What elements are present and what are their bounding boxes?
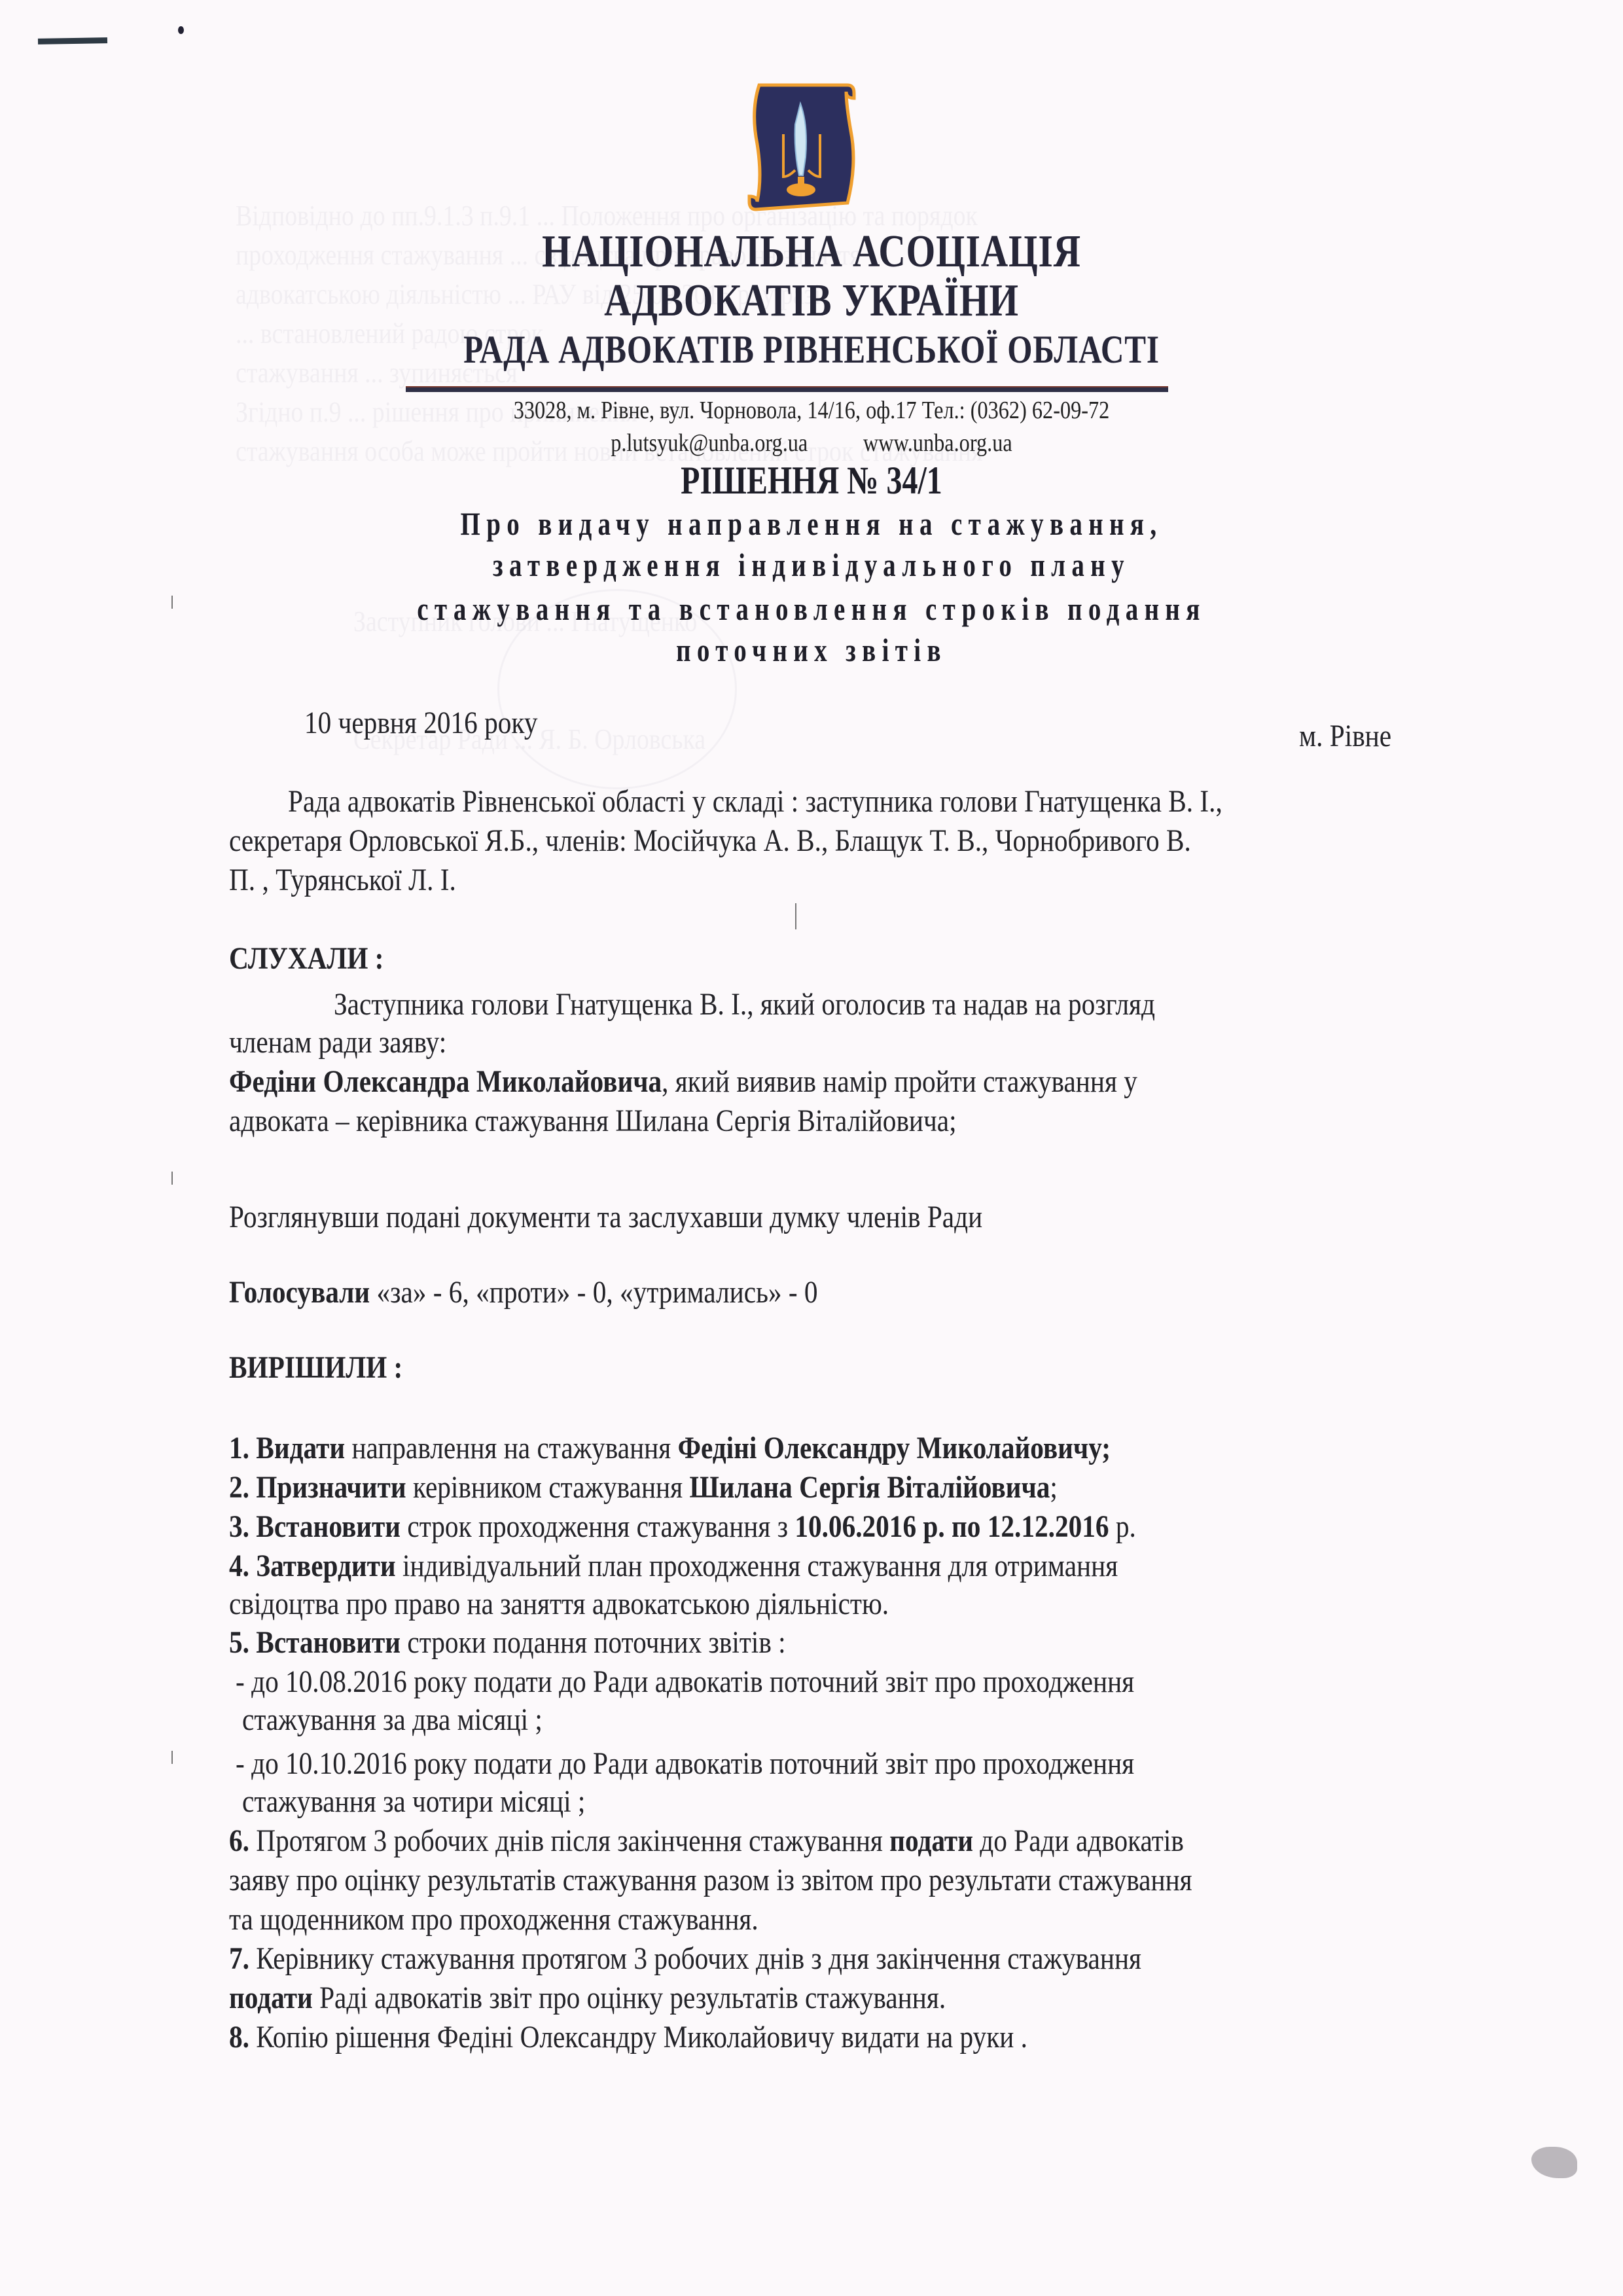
decision-city: м. Рівне — [1299, 717, 1391, 756]
resolution-item-7: 7. Керівнику стажування протягом 3 робоч… — [229, 1939, 1141, 1979]
decision-subject-line: поточних звітів — [179, 630, 1444, 670]
vote-label: Голосували — [229, 1275, 370, 1310]
considered-text: Розглянувши подані документи та заслухав… — [229, 1198, 982, 1237]
decision-date: 10 червня 2016 року — [304, 704, 537, 743]
report-deadline-2: - до 10.10.2016 року подати до Ради адво… — [236, 1744, 1134, 1784]
vote-result: «за» - 6, «проти» - 0, «утримались» - 0 — [370, 1275, 817, 1310]
heard-line: Заступника голови Гнатущенка В. І., який… — [334, 985, 1155, 1024]
heard-heading: СЛУХАЛИ : — [229, 939, 383, 978]
vote-line: Голосували «за» - 6, «проти» - 0, «утрим… — [229, 1273, 818, 1312]
heard-applicant-line: Федіни Олександра Миколайовича, який вия… — [229, 1062, 1137, 1102]
scan-speck — [171, 596, 173, 609]
report-deadline-1-cont: стажування за два місяці ; — [242, 1700, 543, 1740]
resolution-item-2: 2. Призначити керівником стажування Шила… — [229, 1468, 1058, 1507]
website-link[interactable]: www.unba.org.ua — [863, 429, 1012, 457]
resolution-item-4: 4. Затвердити індивідуальний план проход… — [229, 1547, 1118, 1586]
resolution-item-6-cont: та щоденником про проходження стажування… — [229, 1900, 758, 1939]
email-link[interactable]: p.lutsyuk@unba.org.ua — [611, 429, 808, 457]
resolution-item-4-cont: свідоцтва про право на заняття адвокатсь… — [229, 1585, 889, 1624]
resolution-item-8: 8. Копію рішення Федіні Олександру Микол… — [229, 2018, 1027, 2057]
composition-line: П. , Турянської Л. І. — [229, 861, 456, 900]
resolution-item-7-cont: подати Раді адвокатів звіт про оцінку ре… — [229, 1979, 946, 2018]
report-deadline-1: - до 10.08.2016 року подати до Ради адво… — [236, 1662, 1134, 1702]
council-name: РАДА АДВОКАТІВ РІВНЕНСЬКОЇ ОБЛАСТІ — [146, 327, 1477, 372]
resolution-item-6: 6. Протягом 3 робочих днів після закінче… — [229, 1821, 1184, 1861]
header-divider — [406, 386, 1168, 392]
resolution-item-3: 3. Встановити строк проходження стажуван… — [229, 1507, 1136, 1547]
scan-speck — [171, 1172, 173, 1185]
scan-smudge — [1531, 2147, 1577, 2178]
org-name-line2: АДВОКАТІВ УКРАЇНИ — [146, 275, 1477, 327]
heard-line: , який виявив намір пройти стажування у — [662, 1064, 1137, 1099]
scan-speck — [795, 903, 796, 929]
decision-subject-line: Про видачу направлення на стажування, — [179, 504, 1444, 543]
contact-address: 33028, м. Рівне, вул. Чорновола, 14/16, … — [122, 396, 1501, 425]
resolution-item-5: 5. Встановити строки подання поточних зв… — [229, 1623, 786, 1662]
quill-trident-scroll-icon — [743, 79, 861, 216]
scan-mark — [38, 37, 107, 45]
resolution-item-6-cont: заяву про оцінку результатів стажування … — [229, 1861, 1192, 1900]
composition-line: Рада адвокатів Рівненської області у скл… — [288, 782, 1222, 821]
contact-links: p.lutsyuk@unba.org.ua www.unba.org.ua — [122, 429, 1501, 457]
report-deadline-2-cont: стажування за чотири місяці ; — [242, 1782, 585, 1821]
decision-subject-line: стажування та встановлення строків подан… — [179, 589, 1444, 628]
decision-subject-line: затвердження індивідуального плану — [179, 545, 1444, 584]
decision-title: РІШЕННЯ № 34/1 — [162, 458, 1461, 503]
heard-line: адвоката – керівника стажування Шилана С… — [229, 1102, 957, 1141]
org-name-line1: НАЦІОНАЛЬНА АСОЦІАЦІЯ — [146, 226, 1477, 278]
resolution-item-1: 1. Видати направлення на стажування Феді… — [229, 1429, 1111, 1468]
scan-speck — [171, 1751, 173, 1764]
heard-line: членам ради заяву: — [229, 1023, 446, 1062]
composition-line: секретаря Орловської Я.Б., членів: Мосій… — [229, 821, 1191, 861]
applicant-name: Федіни Олександра Миколайовича — [229, 1064, 662, 1099]
resolved-heading: ВИРІШИЛИ : — [229, 1348, 402, 1388]
scan-speck — [178, 26, 184, 34]
